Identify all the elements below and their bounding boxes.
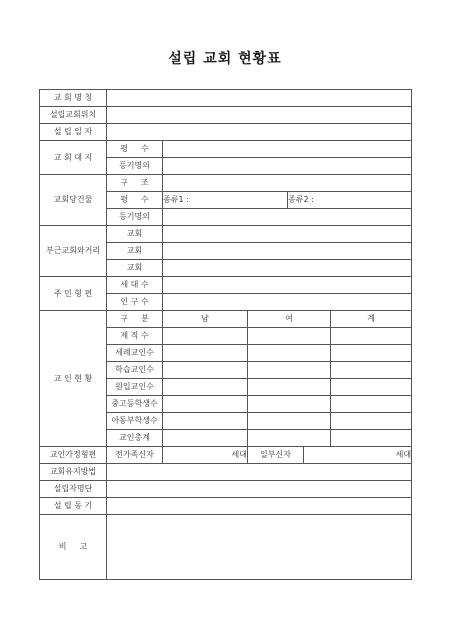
row-motive: 설 립 동 기 [40,498,412,515]
row-member-header: 교 인 현 황 구 분 남 여 계 [40,311,412,328]
category-label: 중고등학생수 [107,396,163,413]
row-church-name: 교 회 명 칭 [40,90,412,107]
member-household-label: 교인가정형편 [40,447,107,464]
male-field[interactable] [163,413,248,430]
category-label: 제 직 수 [107,328,163,345]
resident-status-label: 주 민 형 편 [40,277,107,311]
category-label: 교인총계 [107,430,163,447]
row-founding-date: 설 립 일 자 [40,124,412,141]
households-label: 세 대 수 [107,277,163,294]
row-member-household: 교인가정형편 전가족신자 세대 일부신자 세대 [40,447,412,464]
female-field[interactable] [248,328,331,345]
male-field[interactable] [163,362,248,379]
row-founders: 설립자명단 [40,481,412,498]
nearby-church-label: 부근교회와거리 [40,226,107,277]
member-status-label: 교 인 현 황 [40,311,107,447]
motive-label: 설 립 동 기 [40,498,107,515]
building-owner-field[interactable] [163,209,412,226]
category-label: 아동부학생수 [107,413,163,430]
total-field[interactable] [331,345,412,362]
nearby-church-3-field[interactable] [163,260,412,277]
church-location-label: 설립교회위치 [40,107,107,124]
land-area-label: 평 수 [107,141,163,158]
male-field[interactable] [163,345,248,362]
founding-date-field[interactable] [107,124,412,141]
nearby-church-1-label: 교회 [107,226,163,243]
full-family-label: 전가족신자 [107,447,163,464]
female-field[interactable] [248,379,331,396]
row-households: 주 민 형 편 세 대 수 [40,277,412,294]
church-name-field[interactable] [107,90,412,107]
church-name-label: 교 회 명 칭 [40,90,107,107]
male-field[interactable] [163,379,248,396]
total-field[interactable] [331,362,412,379]
male-field[interactable] [163,430,248,447]
row-church-location: 설립교회위치 [40,107,412,124]
total-field[interactable] [331,379,412,396]
row-remarks: 비 고 [40,515,412,580]
category-label: 원입교인수 [107,379,163,396]
partial-field[interactable]: 세대 [304,447,412,464]
church-location-field[interactable] [107,107,412,124]
category-label: 학습교인수 [107,362,163,379]
nearby-church-3-label: 교회 [107,260,163,277]
female-field[interactable] [248,345,331,362]
motive-field[interactable] [107,498,412,515]
founders-label: 설립자명단 [40,481,107,498]
female-header: 여 [248,311,331,328]
building-type2-field[interactable]: 종류2 : [288,192,412,209]
male-field[interactable] [163,328,248,345]
page-title: 설립 교회 현황표 [0,48,450,68]
partial-label: 일부신자 [248,447,304,464]
population-label: 인 구 수 [107,294,163,311]
land-area-field[interactable] [163,141,412,158]
total-field[interactable] [331,396,412,413]
total-field[interactable] [331,413,412,430]
total-field[interactable] [331,430,412,447]
male-field[interactable] [163,396,248,413]
row-land-area: 교 회 대 지 평 수 [40,141,412,158]
households-field[interactable] [163,277,412,294]
row-maintenance: 교회유지방법 [40,464,412,481]
nearby-church-1-field[interactable] [163,226,412,243]
category-label: 세례교인수 [107,345,163,362]
church-land-label: 교 회 대 지 [40,141,107,175]
building-type1-field[interactable]: 종류1 : [163,192,288,209]
male-header: 남 [163,311,248,328]
remarks-label: 비 고 [40,515,107,580]
category-header: 구 분 [107,311,163,328]
building-area-label: 평 수 [107,192,163,209]
full-family-field[interactable]: 세대 [163,447,248,464]
row-building-structure: 교회당건물 구 조 [40,175,412,192]
female-field[interactable] [248,362,331,379]
female-field[interactable] [248,430,331,447]
building-structure-label: 구 조 [107,175,163,192]
building-structure-field[interactable] [163,175,412,192]
total-header: 계 [331,311,412,328]
population-field[interactable] [163,294,412,311]
church-building-label: 교회당건물 [40,175,107,226]
land-owner-field[interactable] [163,158,412,175]
founders-field[interactable] [107,481,412,498]
land-owner-label: 등기명의 [107,158,163,175]
remarks-field[interactable] [107,515,412,580]
building-owner-label: 등기명의 [107,209,163,226]
nearby-church-2-field[interactable] [163,243,412,260]
maintenance-field[interactable] [107,464,412,481]
nearby-church-2-label: 교회 [107,243,163,260]
row-nearby-1: 부근교회와거리 교회 [40,226,412,243]
female-field[interactable] [248,413,331,430]
founding-date-label: 설 립 일 자 [40,124,107,141]
maintenance-label: 교회유지방법 [40,464,107,481]
female-field[interactable] [248,396,331,413]
total-field[interactable] [331,328,412,345]
church-status-form: 교 회 명 칭 설립교회위치 설 립 일 자 교 회 대 지 평 수 등기명의 … [39,89,412,580]
